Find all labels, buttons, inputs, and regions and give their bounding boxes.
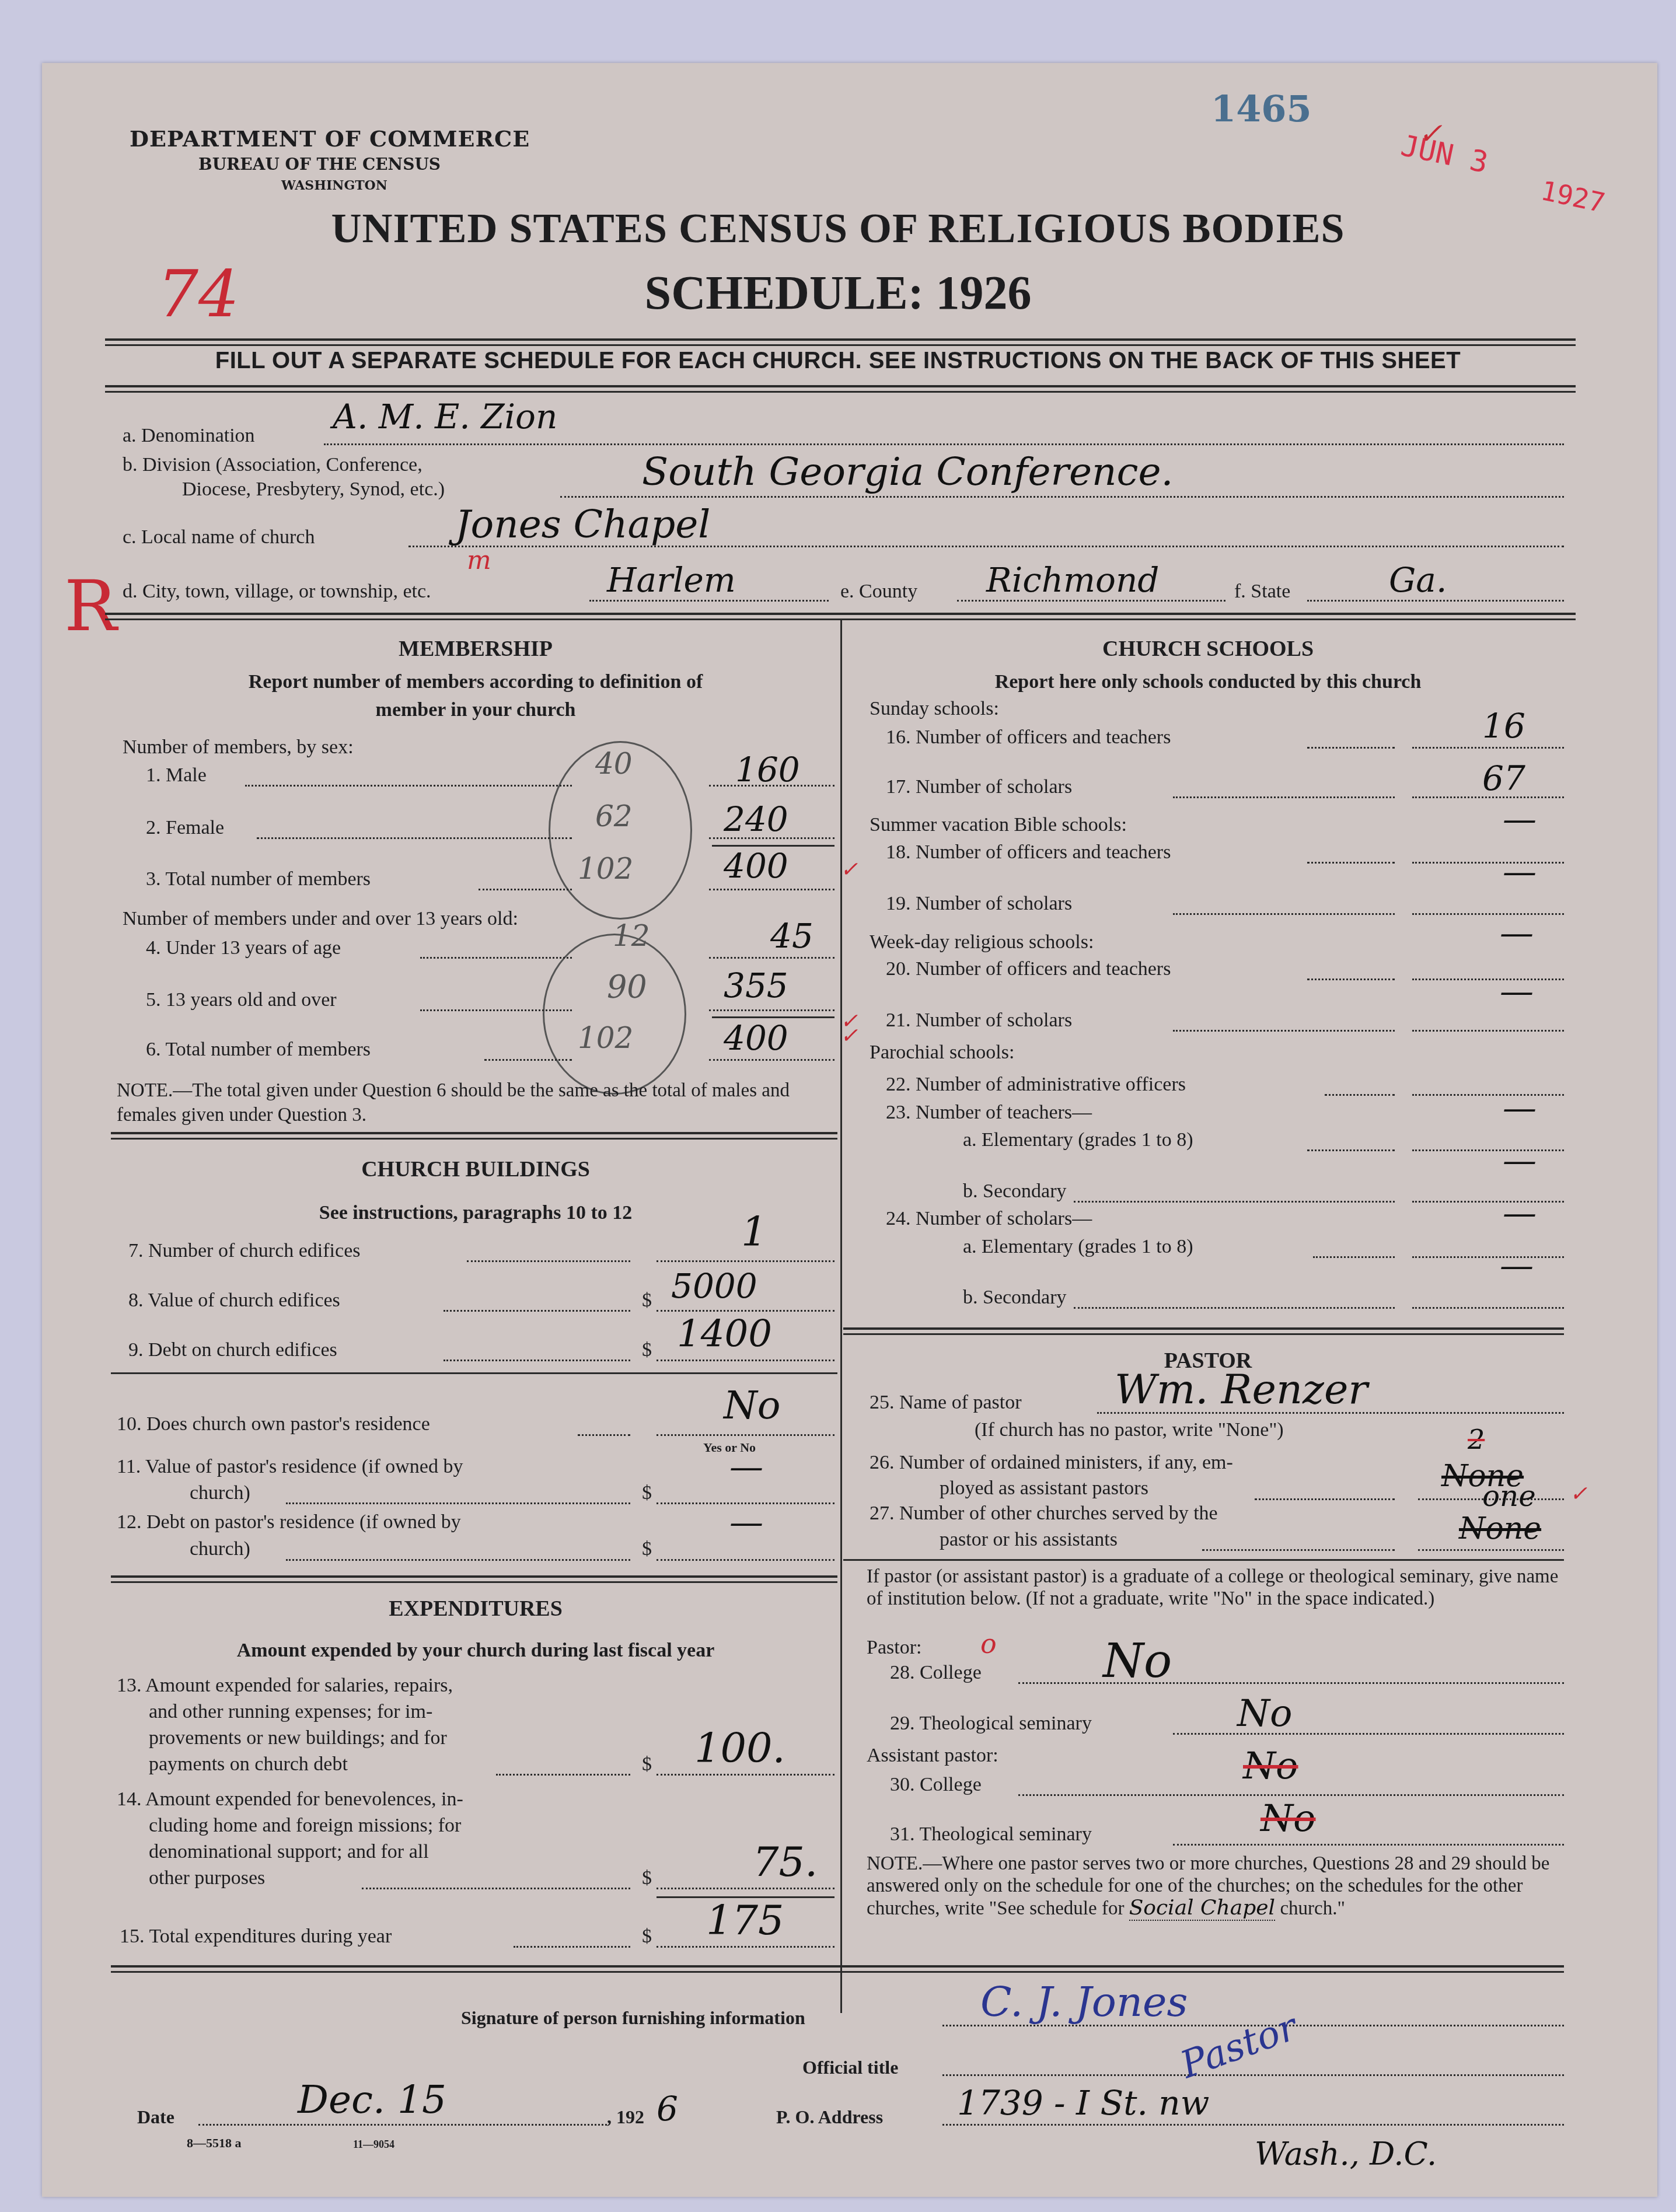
dollar-sign: $ <box>642 1538 652 1560</box>
q20-field[interactable]: — <box>1500 913 1534 953</box>
q30-label: 30. College <box>890 1774 982 1796</box>
q13-label: 13. Amount expended for salaries, repair… <box>117 1675 453 1697</box>
form-title: UNITED STATES CENSUS OF RELIGIOUS BODIES <box>0 204 1676 253</box>
dollar-sign: $ <box>642 1867 652 1889</box>
q23a-field[interactable]: — <box>1503 1088 1537 1128</box>
by-age-label: Number of members under and over 13 year… <box>123 908 518 930</box>
signature-label: Signature of person furnishing informati… <box>461 2007 805 2029</box>
church-buildings-subtitle: See instructions, paragraphs 10 to 12 <box>111 1202 840 1224</box>
county-field[interactable]: Richmond <box>986 560 1159 600</box>
dollar-sign: $ <box>642 1482 652 1504</box>
division-field[interactable]: South Georgia Conference. <box>642 449 1174 494</box>
dollar-sign: $ <box>642 1290 652 1312</box>
dollar-sign: $ <box>642 1339 652 1361</box>
assistant-pastor-label: Assistant pastor: <box>867 1745 998 1767</box>
q16-label: 16. Number of officers and teachers <box>886 726 1171 749</box>
over-13-field[interactable]: 355 <box>724 966 788 1005</box>
pastor-name-label: 25. Name of pastor <box>870 1392 1022 1414</box>
city-field[interactable]: Harlem <box>607 560 736 600</box>
official-title-label: Official title <box>802 2057 898 2078</box>
q14-label-2: cluding home and foreign missions; for <box>149 1815 461 1837</box>
division-label-2: Diocese, Presbytery, Synod, etc.) <box>182 478 445 501</box>
po-address-line2[interactable]: Wash., D.C. <box>1255 2136 1437 2172</box>
church-schools-title: CHURCH SCHOOLS <box>840 636 1576 662</box>
pastor-subgroup-label: Pastor: <box>867 1637 921 1659</box>
q13-label-4: payments on church debt <box>149 1753 348 1776</box>
q31-field[interactable]: No <box>1261 1797 1316 1840</box>
male-count-field[interactable]: 160 <box>735 750 800 789</box>
year-prefix: , 192 <box>607 2106 644 2128</box>
under-13-field[interactable]: 45 <box>770 916 813 956</box>
date-label: Date <box>137 2106 174 2128</box>
instructions-banner: FILL OUT A SEPARATE SCHEDULE FOR EACH CH… <box>0 348 1676 374</box>
q13-label-2: and other running expenses; for im- <box>149 1701 432 1723</box>
q23b-field[interactable]: — <box>1503 1141 1537 1180</box>
q14-label: 14. Amount expended for benevolences, in… <box>117 1788 463 1811</box>
q26-label: 26. Number of ordained ministers, if any… <box>870 1452 1233 1474</box>
expenditures-subtitle: Amount expended by your church during la… <box>111 1640 840 1662</box>
q21-field[interactable]: — <box>1500 972 1534 1011</box>
age-total-label: 6. Total number of members <box>146 1039 371 1061</box>
form-number: 8—5518 a <box>187 2136 242 2151</box>
q14-label-4: other purposes <box>149 1867 265 1889</box>
members-female-label: 2. Female <box>146 817 224 839</box>
sunday-schools-label: Sunday schools: <box>870 698 999 720</box>
local-name-field[interactable]: Jones Chapel <box>455 502 710 547</box>
q15-total-field[interactable]: 175 <box>706 1896 784 1944</box>
q24a-label: a. Elementary (grades 1 to 8) <box>963 1236 1193 1258</box>
red-circle-mark: o <box>980 1628 997 1659</box>
under-13-label: 4. Under 13 years of age <box>146 937 341 959</box>
q24a-field[interactable]: — <box>1503 1193 1537 1233</box>
denomination-field[interactable]: A. M. E. Zion <box>333 397 557 436</box>
q23a-label: a. Elementary (grades 1 to 8) <box>963 1129 1193 1151</box>
state-field[interactable]: Ga. <box>1389 560 1447 600</box>
divider <box>105 385 1576 393</box>
q27-label-2: pastor or his assistants <box>940 1529 1118 1551</box>
q17-field[interactable]: 67 <box>1482 759 1525 798</box>
divider <box>105 338 1576 346</box>
q13-amount-field[interactable]: 100. <box>694 1724 785 1772</box>
q14-amount-field[interactable]: 75. <box>753 1838 818 1886</box>
red-check-icon: ✓ <box>840 1009 858 1033</box>
under-13-tally: 12 <box>613 919 650 953</box>
pastor-note-suffix: church." <box>1280 1898 1345 1919</box>
q26-correction: 2 <box>1468 1424 1485 1455</box>
po-address-field[interactable]: 1739 - I St. nw <box>957 2083 1209 2123</box>
summer-schools-label: Summer vacation Bible schools: <box>870 814 1127 836</box>
q19-label: 19. Number of scholars <box>886 893 1072 915</box>
q18-field[interactable]: — <box>1503 799 1537 839</box>
date-field[interactable]: Dec. 15 <box>298 2077 446 2122</box>
age-total-tally: 102 <box>578 1021 633 1055</box>
q16-field[interactable]: 16 <box>1482 706 1525 746</box>
age-total-field[interactable]: 400 <box>724 1018 788 1058</box>
red-check-icon: ✓ <box>1570 1482 1587 1506</box>
q18-label: 18. Number of officers and teachers <box>886 841 1171 864</box>
residence-value-label: 11. Value of pastor's residence (if owne… <box>117 1456 463 1478</box>
owns-residence-label: 10. Does church own pastor's residence <box>117 1413 430 1435</box>
dollar-sign: $ <box>642 1753 652 1776</box>
city-name: WASHINGTON <box>281 178 387 193</box>
city-annotation: m <box>467 546 491 575</box>
red-check-icon: ✓ <box>1418 117 1443 151</box>
q27-correction: one <box>1482 1479 1536 1513</box>
owns-residence-field[interactable]: No <box>724 1383 781 1428</box>
column-divider <box>840 618 842 2013</box>
members-total-label: 3. Total number of members <box>146 868 371 890</box>
division-label: b. Division (Association, Conference, <box>123 454 423 476</box>
divider <box>111 1965 1564 1973</box>
state-label: f. State <box>1234 581 1290 603</box>
edifices-debt-field[interactable]: 1400 <box>677 1313 772 1356</box>
by-sex-label: Number of members, by sex: <box>123 736 354 759</box>
pastor-note: NOTE.—Where one pastor serves two or mor… <box>867 1853 1567 1920</box>
graduate-instructions: If pastor (or assistant pastor) is a gra… <box>867 1565 1567 1610</box>
q26-label-2: ployed as assistant pastors <box>940 1477 1148 1500</box>
q23-label: 23. Number of teachers— <box>886 1102 1092 1124</box>
pastor-name-hint: (If church has no pastor, write "None") <box>975 1419 1284 1441</box>
over-13-label: 5. 13 years old and over <box>146 989 337 1011</box>
year-field[interactable]: 6 <box>657 2089 678 2129</box>
divider <box>111 1132 837 1140</box>
q17-label: 17. Number of scholars <box>886 776 1072 798</box>
residence-value-label-2: church) <box>190 1482 250 1504</box>
edifices-value-field[interactable]: 5000 <box>671 1266 757 1306</box>
signature-field[interactable]: C. J. Jones <box>980 1978 1188 2026</box>
pastor-name-field[interactable]: Wm. Renzer <box>1115 1365 1368 1413</box>
membership-subtitle-2: member in your church <box>111 699 840 721</box>
see-schedule-for-field[interactable]: Social Chapel <box>1129 1896 1276 1921</box>
q13-label-3: provements or new buildings; and for <box>149 1727 447 1749</box>
denomination-label: a. Denomination <box>123 425 255 447</box>
q28-field[interactable]: No <box>1103 1634 1172 1688</box>
q15-label: 15. Total expenditures during year <box>120 1926 392 1948</box>
male-tally: 40 <box>595 747 633 781</box>
residence-debt-field[interactable]: — <box>729 1502 763 1542</box>
q24b-label: b. Secondary <box>963 1287 1067 1309</box>
q29-label: 29. Theological seminary <box>890 1713 1092 1735</box>
red-check-icon: ✓ <box>840 858 858 882</box>
female-count-field[interactable]: 240 <box>724 799 788 839</box>
total-count-field[interactable]: 400 <box>724 846 788 886</box>
total-tally: 102 <box>578 852 633 886</box>
residence-debt-label: 12. Debt on pastor's residence (if owned… <box>117 1511 461 1533</box>
members-male-label: 1. Male <box>146 764 207 787</box>
county-label: e. County <box>840 581 917 603</box>
stamp-number: 1465 <box>1211 88 1312 130</box>
membership-subtitle: Report number of members according to de… <box>111 671 840 693</box>
po-address-label: P. O. Address <box>776 2106 883 2128</box>
department-name: DEPARTMENT OF COMMERCE <box>130 125 530 152</box>
red-margin-mark: R <box>64 566 117 647</box>
q29-field[interactable]: No <box>1237 1692 1293 1735</box>
local-name-label: c. Local name of church <box>123 526 315 548</box>
over-13-tally: 90 <box>607 969 647 1005</box>
q22-label: 22. Number of administrative officers <box>886 1074 1186 1096</box>
church-schools-subtitle: Report here only schools conducted by th… <box>840 671 1576 693</box>
red-number-annotation: 74 <box>158 257 239 331</box>
divider <box>843 1327 1564 1335</box>
edifices-value-label: 8. Value of church edifices <box>128 1290 340 1312</box>
city-label: d. City, town, village, or township, etc… <box>123 581 431 603</box>
schedule-title: SCHEDULE: 1926 <box>0 265 1676 320</box>
membership-note: NOTE.—The total given under Question 6 s… <box>117 1078 829 1127</box>
edifices-count-label: 7. Number of church edifices <box>128 1240 360 1262</box>
print-code: 11—9054 <box>353 2138 394 2151</box>
edifices-count-field[interactable]: 1 <box>741 1208 767 1256</box>
membership-title: MEMBERSHIP <box>111 636 840 662</box>
expenditures-title: EXPENDITURES <box>111 1596 840 1622</box>
q24-label: 24. Number of scholars— <box>886 1208 1092 1230</box>
church-buildings-title: CHURCH BUILDINGS <box>111 1156 840 1182</box>
parochial-schools-label: Parochial schools: <box>870 1042 1014 1064</box>
q23b-label: b. Secondary <box>963 1180 1067 1203</box>
q21-label: 21. Number of scholars <box>886 1009 1072 1032</box>
divider <box>111 1575 837 1583</box>
weekday-schools-label: Week-day religious schools: <box>870 931 1094 953</box>
q28-label: 28. College <box>890 1662 982 1684</box>
q19-field[interactable]: — <box>1503 852 1537 892</box>
q27-label: 27. Number of other churches served by t… <box>870 1502 1218 1525</box>
dollar-sign: $ <box>642 1926 652 1948</box>
q20-label: 20. Number of officers and teachers <box>886 958 1171 980</box>
residence-debt-label-2: church) <box>190 1538 250 1560</box>
female-tally: 62 <box>595 799 633 833</box>
residence-value-field[interactable]: — <box>729 1447 763 1487</box>
q24b-field[interactable]: — <box>1500 1246 1534 1285</box>
q31-label: 31. Theological seminary <box>890 1823 1092 1846</box>
q14-label-3: denominational support; and for all <box>149 1841 429 1863</box>
q27-field[interactable]: None <box>1459 1511 1541 1546</box>
edifices-debt-label: 9. Debt on church edifices <box>128 1339 337 1361</box>
q30-field[interactable]: No <box>1243 1745 1298 1788</box>
bureau-name: BUREAU OF THE CENSUS <box>198 155 441 174</box>
